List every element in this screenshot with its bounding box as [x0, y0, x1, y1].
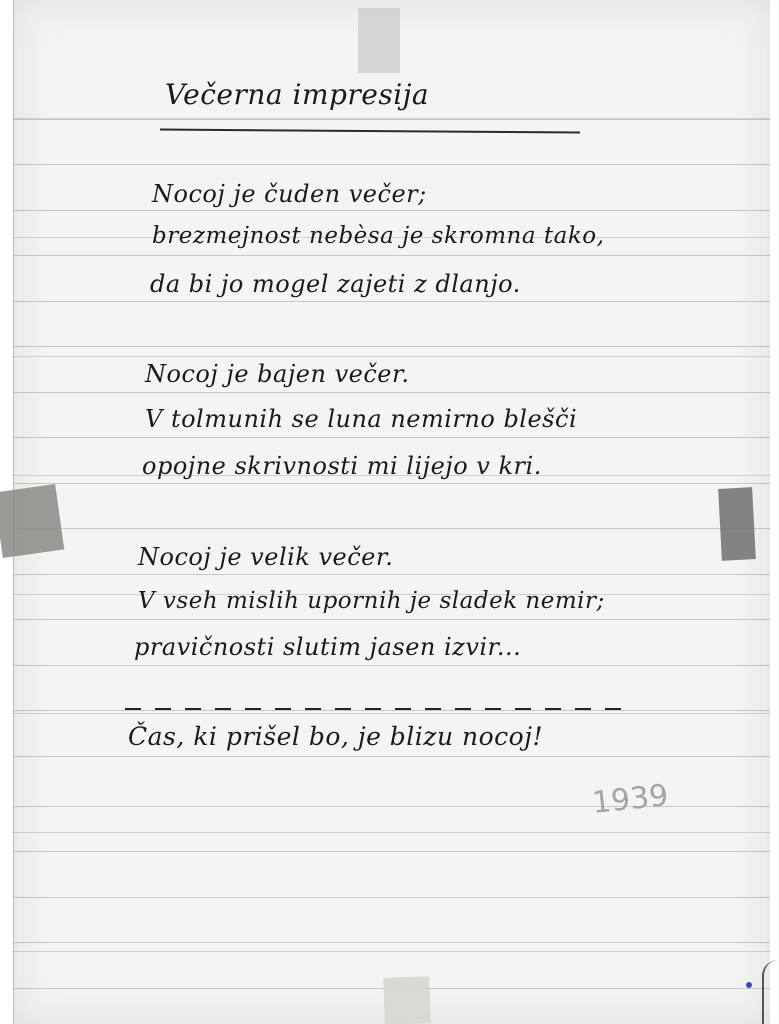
ruled-line [14, 255, 770, 256]
poem-title: Večerna impresija [165, 78, 429, 111]
ruled-line [14, 437, 770, 438]
dashed-separator [125, 708, 635, 710]
ruled-line [14, 851, 770, 852]
tape-strip-right [718, 487, 756, 561]
ruled-line [14, 301, 770, 302]
ruled-line [14, 164, 770, 165]
stanza-1-line-1: Nocoj je čuden večer; [152, 180, 427, 208]
ruled-line [14, 483, 770, 484]
ruled-line [14, 619, 770, 620]
ruled-line [14, 665, 770, 666]
stanza-3-line-1: Nocoj je velik večer. [138, 543, 393, 571]
tape-strip-bottom [383, 976, 431, 1024]
stanza-1-line-3: da bi jo mogel zajeti z dlanjo. [150, 270, 521, 298]
ruled-line [14, 942, 770, 943]
tape-strip-left [0, 484, 64, 558]
paper-curl-edge [762, 960, 778, 1024]
ruled-line [14, 897, 770, 898]
stanza-2-line-1: Nocoj je bajen večer. [145, 360, 409, 388]
ruled-line [14, 346, 770, 347]
ruled-line [14, 528, 770, 529]
manuscript-page [13, 0, 770, 1024]
stanza-2-line-3: opojne skrivnosti mi lijejo v kri. [142, 452, 542, 480]
tape-strip-top [358, 8, 400, 73]
ruled-line [14, 392, 770, 393]
ruled-line [14, 210, 770, 211]
ruled-line [14, 574, 770, 575]
stanza-3-line-3: pravičnosti slutim jasen izvir... [134, 633, 521, 661]
stanza-2-line-2: V tolmunih se luna nemirno blešči [145, 405, 577, 433]
stanza-1-line-2: brezmejnost nebèsa je skromna tako, [152, 223, 604, 249]
blue-ink-mark [746, 982, 752, 988]
ruled-line [14, 710, 770, 711]
ruled-line [14, 119, 770, 120]
ruled-line [14, 756, 770, 757]
stanza-3-line-2: V vseh mislih upornih je sladek nemir; [138, 588, 605, 614]
closing-line: Čas, ki prišel bo, je blizu nocoj! [128, 722, 543, 751]
